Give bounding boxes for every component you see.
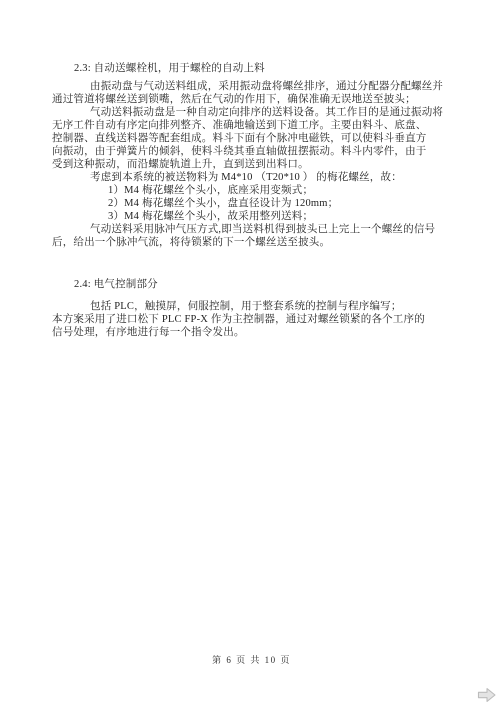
text-line: 控制器、直线送料器等配套组成。料斗下面有个脉冲电磁铁，可以使料斗垂直方 bbox=[52, 132, 452, 145]
section-heading-2-3: 2.3: 自动送螺栓机，用于螺栓的自动上料 bbox=[52, 62, 452, 75]
text-line: 气动送料振动盘是一种自动定向排序的送料设备。其工作目的是通过振动将 bbox=[52, 106, 452, 119]
section-heading-2-4: 2.4: 电气控制部分 bbox=[52, 278, 452, 291]
paragraph-pneumatic-pulse: 气动送料采用脉冲气压方式,即当送料机得到披头已上完上一个螺丝的信号 后，给出一个… bbox=[52, 223, 452, 249]
paragraph-plc-controller: 本方案采用了进口松下 PLC FP-X 作为主控制器，通过对螺丝锁紧的各个工序的… bbox=[52, 313, 452, 339]
text-line: 受到这种振动，而沿螺旋轨道上升，直到送到出料口。 bbox=[52, 158, 452, 171]
text-line: 通过管道将螺丝送到锁嘴，然后在气动的作用下，确保准确无误地送至披头； bbox=[52, 93, 452, 106]
text-line: 无序工件自动有序定向排列整齐、准确地输送到下道工序。主要由料斗、底盘、 bbox=[52, 119, 452, 132]
list-item: 3）M4 梅花螺丝个头小，故采用整列送料； bbox=[52, 210, 452, 223]
document-page: { "page": { "background": "#ffffff", "te… bbox=[0, 0, 503, 710]
list-item: 2）M4 梅花螺丝个头小，盘直径设计为 120mm； bbox=[52, 197, 452, 210]
text-line: 本方案采用了进口松下 PLC FP-X 作为主控制器，通过对螺丝锁紧的各个工序的 bbox=[52, 313, 452, 326]
paragraph-electrical-intro: 包括 PLC，触摸屏，伺服控制，用于整套系统的控制与程序编写； bbox=[52, 300, 452, 313]
numbered-list: 1）M4 梅花螺丝个头小，底座采用变频式； 2）M4 梅花螺丝个头小，盘直径设计… bbox=[52, 184, 452, 223]
text-line: 考虑到本系统的被送物料为 M4*10 （T20*10 ） 的梅花螺丝，故： bbox=[52, 171, 452, 184]
text-line: 后，给出一个脉冲气流，将待锁紧的下一个螺丝送至披头。 bbox=[52, 236, 452, 249]
paragraph-vibration-bowl: 气动送料振动盘是一种自动定向排序的送料设备。其工作目的是通过振动将 无序工件自动… bbox=[52, 106, 452, 171]
text-line: 信号处理，有序地进行每一个指令发出。 bbox=[52, 326, 452, 339]
next-page-arrow-icon[interactable] bbox=[477, 687, 497, 703]
document-body: 2.3: 自动送螺栓机，用于螺栓的自动上料 由振动盘与气动送料组成，采用振动盘将… bbox=[52, 62, 452, 339]
paragraph-feeder-intro: 由振动盘与气动送料组成，采用振动盘将螺丝排序，通过分配器分配螺丝并 通过管道将螺… bbox=[52, 80, 452, 106]
list-item: 1）M4 梅花螺丝个头小，底座采用变频式； bbox=[52, 184, 452, 197]
text-line: 由振动盘与气动送料组成，采用振动盘将螺丝排序，通过分配器分配螺丝并 bbox=[52, 80, 452, 93]
text-line: 向振动，由于弹簧片的倾斜，使料斗绕其垂直轴做扭摆振动。料斗内零件，由于 bbox=[52, 145, 452, 158]
text-line: 包括 PLC，触摸屏，伺服控制，用于整套系统的控制与程序编写； bbox=[52, 300, 452, 313]
page-number-footer: 第 6 页 共 10 页 bbox=[0, 653, 503, 666]
paragraph-material-spec: 考虑到本系统的被送物料为 M4*10 （T20*10 ） 的梅花螺丝，故： bbox=[52, 171, 452, 184]
text-line: 气动送料采用脉冲气压方式,即当送料机得到披头已上完上一个螺丝的信号 bbox=[52, 223, 452, 236]
